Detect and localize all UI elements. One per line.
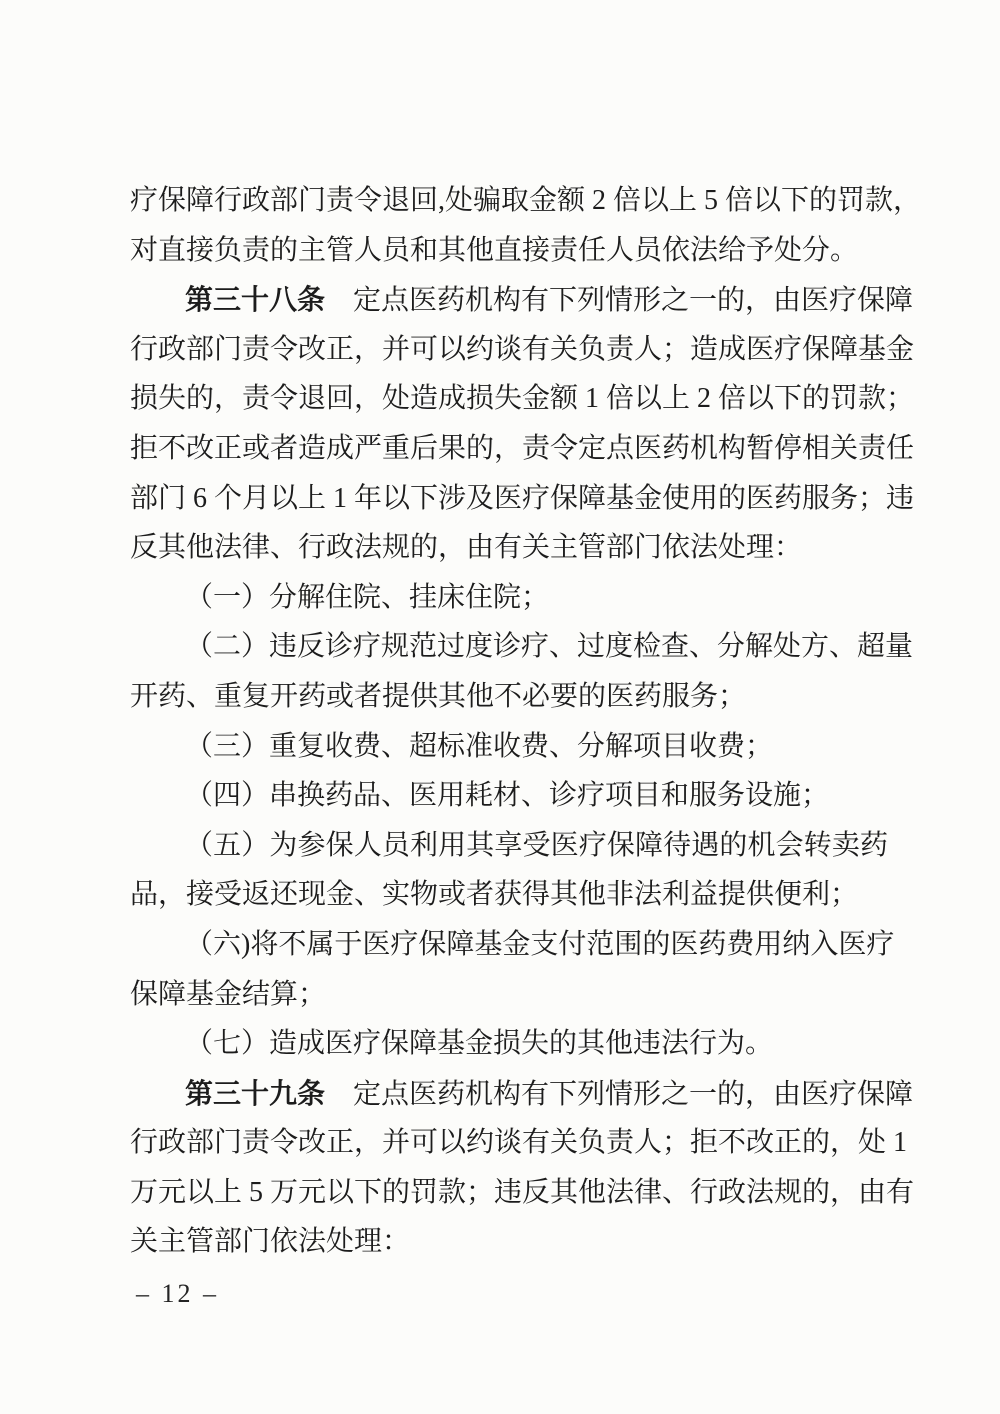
text-segment: 关主管部门依法处理： [130,1226,410,1257]
article-37-continuation-line: 对直接负责的主管人员和其他直接责任人员依法给予处分。 [130,226,888,276]
article-39-body-line: 行政部门责令改正，并可以约谈有关负责人；拒不改正的，处 1 [130,1118,888,1168]
article-38-body-line: 部门 6 个月以上 1 年以下涉及医疗保障基金使用的医药服务；违 [130,474,888,524]
item-2-line: （二）违反诊疗规范过度诊疗、过度检查、分解处方、超量 [130,622,888,672]
text-segment: 定点医药机构有下列情形之一的，由医疗保障 [325,1079,913,1110]
text-segment: （六)将不属于医疗保障基金支付范围的医药费用纳入医疗 [185,929,894,960]
text-segment: 疗保障行政部门责令退回,处骗取金额 2 倍以上 5 倍以下的罚款， [130,185,921,216]
item-1-line: （一）分解住院、挂床住院； [130,573,888,623]
article-38-body-line: 反其他法律、行政法规的，由有关主管部门依法处理： [130,523,888,573]
page-number: – 12 – [136,1276,219,1312]
article-38-body-line: 行政部门责令改正，并可以约谈有关负责人；造成医疗保障基金 [130,325,888,375]
article-number: 第三十九条 [185,1078,325,1109]
text-segment: 定点医药机构有下列情形之一的，由医疗保障 [325,285,913,316]
text-segment: 万元以上 5 万元以下的罚款；违反其他法律、行政法规的，由有 [130,1177,914,1208]
text-segment: 损失的，责令退回，处造成损失金额 1 倍以上 2 倍以下的罚款； [130,383,914,414]
text-segment: 开药、重复开药或者提供其他不必要的医药服务； [130,681,746,712]
item-5-line: 品，接受返还现金、实物或者获得其他非法利益提供便利； [130,870,888,920]
article-38-heading-line: 第三十八条 定点医药机构有下列情形之一的，由医疗保障 [130,275,888,325]
article-38-body-line: 损失的，责令退回，处造成损失金额 1 倍以上 2 倍以下的罚款； [130,374,888,424]
text-segment: （七）造成医疗保障基金损失的其他违法行为。 [185,1028,773,1059]
article-39-heading-line: 第三十九条 定点医药机构有下列情形之一的，由医疗保障 [130,1069,888,1119]
text-segment: 保障基金结算； [130,979,326,1010]
article-39-body-line: 万元以上 5 万元以下的罚款；违反其他法律、行政法规的，由有 [130,1168,888,1218]
text-segment: （一）分解住院、挂床住院； [185,582,549,613]
article-38-body-line: 拒不改正或者造成严重后果的，责令定点医药机构暂停相关责任 [130,424,888,474]
text-segment: 品，接受返还现金、实物或者获得其他非法利益提供便利； [130,879,858,910]
item-2-line: 开药、重复开药或者提供其他不必要的医药服务； [130,672,888,722]
text-segment: （三）重复收费、超标准收费、分解项目收费； [185,731,773,762]
text-segment: （四）串换药品、医用耗材、诊疗项目和服务设施； [185,780,829,811]
text-segment: 部门 6 个月以上 1 年以下涉及医疗保障基金使用的医药服务；违 [130,483,914,514]
document-page: 疗保障行政部门责令退回,处骗取金额 2 倍以上 5 倍以下的罚款，对直接负责的主… [0,0,1000,1414]
text-segment: 行政部门责令改正，并可以约谈有关负责人；拒不改正的，处 1 [130,1127,907,1158]
text-segment: 对直接负责的主管人员和其他直接责任人员依法给予处分。 [130,235,858,266]
document-body: 疗保障行政部门责令退回,处骗取金额 2 倍以上 5 倍以下的罚款，对直接负责的主… [130,176,888,1267]
article-39-body-line: 关主管部门依法处理： [130,1217,888,1267]
text-segment: （二）违反诊疗规范过度诊疗、过度检查、分解处方、超量 [185,631,913,662]
text-segment: 反其他法律、行政法规的，由有关主管部门依法处理： [130,532,802,563]
item-5-line: （五）为参保人员利用其享受医疗保障待遇的机会转卖药 [130,821,888,871]
article-37-continuation-line: 疗保障行政部门责令退回,处骗取金额 2 倍以上 5 倍以下的罚款， [130,176,888,226]
item-4-line: （四）串换药品、医用耗材、诊疗项目和服务设施； [130,771,888,821]
item-3-line: （三）重复收费、超标准收费、分解项目收费； [130,722,888,772]
item-6-line: 保障基金结算； [130,970,888,1020]
item-6-line: （六)将不属于医疗保障基金支付范围的医药费用纳入医疗 [130,920,888,970]
text-segment: 拒不改正或者造成严重后果的，责令定点医药机构暂停相关责任 [130,433,914,464]
text-segment: 行政部门责令改正，并可以约谈有关负责人；造成医疗保障基金 [130,334,914,365]
item-7-line: （七）造成医疗保障基金损失的其他违法行为。 [130,1019,888,1069]
article-number: 第三十八条 [185,284,325,315]
text-segment: （五）为参保人员利用其享受医疗保障待遇的机会转卖药 [185,830,888,861]
